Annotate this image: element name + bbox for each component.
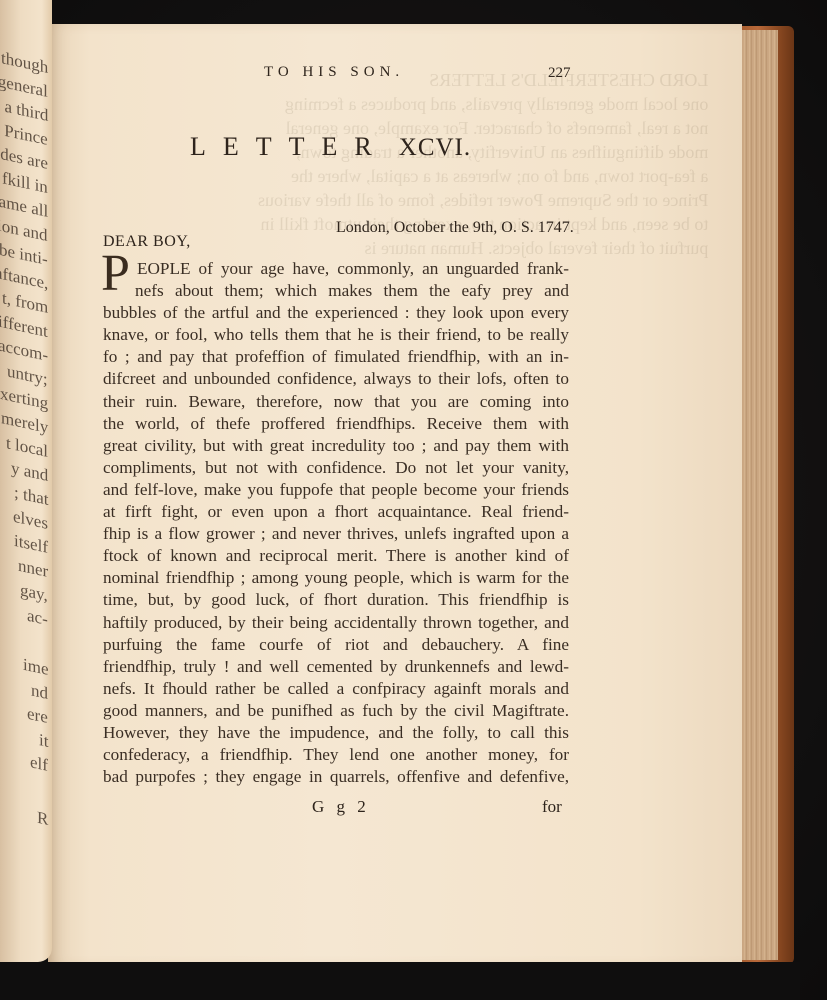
- text-line: great civility, but with great increduli…: [103, 435, 569, 457]
- letter-numeral: XCVI.: [399, 134, 471, 161]
- text-line: fhip is a flow grower ; and never thrive…: [103, 523, 569, 545]
- text-line: difcreet and unbounded confidence, alway…: [103, 368, 569, 390]
- text-line: nominal friendfhip ; among young people,…: [103, 567, 569, 589]
- text-line: good manners, and be punifhed as fuch by…: [103, 700, 569, 722]
- text-line: purfuing the fame courfe of riot and deb…: [103, 634, 569, 656]
- text-line: the world, of thefe proffered friendfhip…: [103, 413, 569, 435]
- left-page-line: nner: [18, 556, 48, 582]
- text-line: compliments, but not with confidence. Do…: [103, 457, 569, 479]
- left-page-line: nd: [31, 680, 48, 704]
- show-through-line: a fea-port town, and fo on; whereas at a…: [258, 164, 708, 188]
- left-page-line: R: [37, 808, 48, 830]
- show-through-line: Prince or the Supreme Power refides, fom…: [258, 188, 708, 212]
- running-head: TO HIS SON.: [264, 64, 404, 81]
- text-line: haftily produced, by their being acciden…: [103, 612, 569, 634]
- text-line: confederacy, a friendfhip. They lend one…: [103, 744, 569, 766]
- text-line: ftock of known and reciprocal merit. The…: [103, 545, 569, 567]
- text-line: at firft fight, or even upon a fhort acq…: [103, 501, 569, 523]
- dateline: London, October the 9th, O. S. 1747.: [336, 219, 574, 237]
- left-page-line: ac-: [27, 606, 48, 630]
- text-line: bad purpofes ; they engage in quarrels, …: [103, 766, 569, 788]
- text-line: friendfhip, truly ! and well cemented by…: [103, 656, 569, 678]
- left-page-line: elf: [30, 752, 48, 776]
- left-page-line: ere: [27, 704, 48, 728]
- text-line: fo ; and pay that profeffion of fimulate…: [103, 346, 569, 368]
- letter-word: LETTER: [190, 132, 389, 161]
- text-line: time, but, by good luck, of fhort durati…: [103, 589, 569, 611]
- left-page-line: ; that: [14, 483, 48, 510]
- bottom-shadow: [0, 962, 800, 1000]
- left-page-line: it: [39, 730, 48, 752]
- show-through-line: one local mode generally prevails, and p…: [258, 92, 708, 116]
- text-line: However, they have the impudence, and th…: [103, 722, 569, 744]
- page-fore-edge: [738, 30, 778, 960]
- left-page-line: gay,: [20, 580, 48, 606]
- left-page-line: y and: [11, 458, 48, 486]
- previous-page-curl: g, though e general , a third ne Prince …: [0, 0, 52, 962]
- text-line: EOPLE of your age have, commonly, an ung…: [103, 258, 569, 280]
- text-line: their ruin. Beware, therefore, now that …: [103, 391, 569, 413]
- letter-body: EOPLE of your age have, commonly, an ung…: [103, 258, 569, 788]
- signature-mark: G g 2: [312, 797, 370, 817]
- letter-title: LETTERXCVI.: [190, 132, 471, 162]
- left-page-line: ime: [23, 655, 49, 680]
- text-line: nefs. It fhould rather be called a confp…: [103, 678, 569, 700]
- show-through-line: purfuit of their feveral objects. Human …: [258, 236, 708, 260]
- left-page-line: itself: [14, 531, 48, 558]
- text-line: knave, or fool, who tells them that he i…: [103, 324, 569, 346]
- text-line: and felf-love, make you fuppofe that peo…: [103, 479, 569, 501]
- page-number: 227: [548, 65, 571, 82]
- text-line: nefs about them; which makes them the ea…: [103, 280, 569, 302]
- catchword: for: [542, 797, 562, 817]
- text-line: bubbles of the artful and the experience…: [103, 302, 569, 324]
- left-page-line: elves: [13, 507, 48, 534]
